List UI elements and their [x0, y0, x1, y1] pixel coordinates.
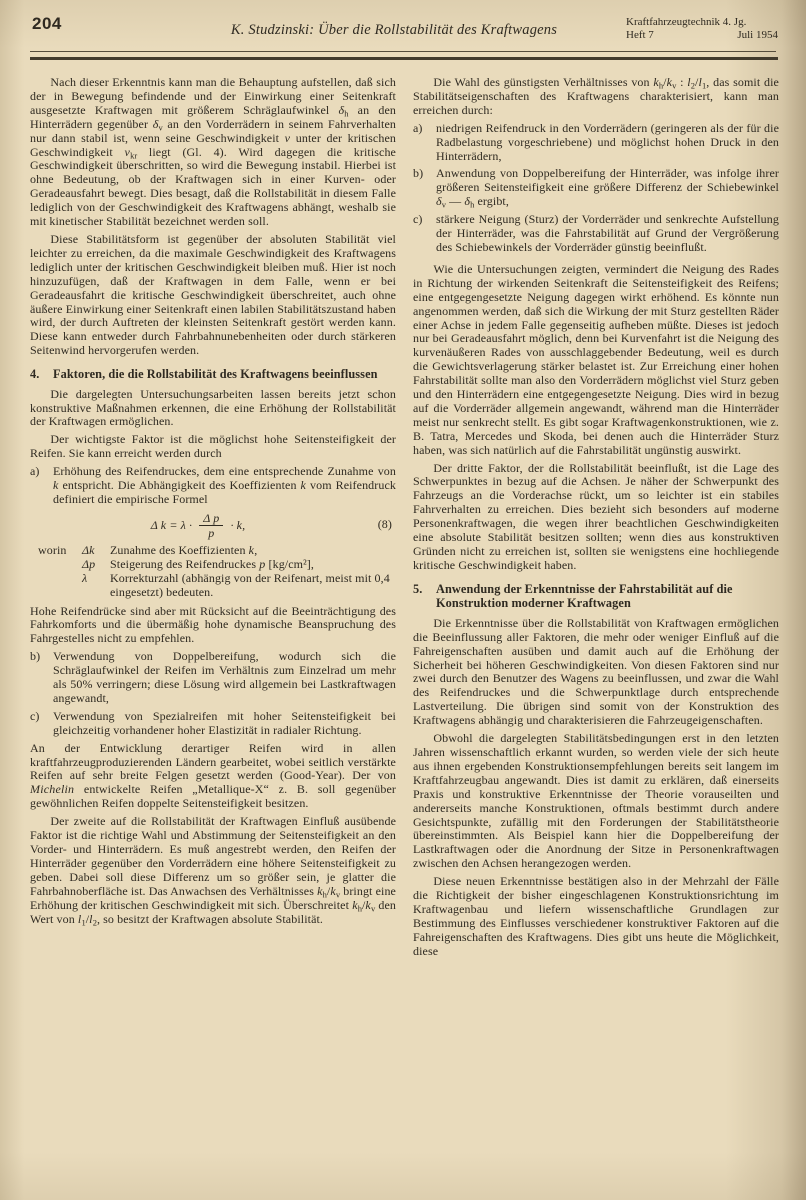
paragraph: Nach dieser Erkenntnis kann man die Beha… — [30, 76, 396, 229]
journal-issue-line: Heft 7 Juli 1954 — [626, 29, 778, 42]
paragraph: Der wichtigste Faktor ist die möglichst … — [30, 433, 396, 461]
section-title: Anwendung der Erkenntnisse der Fahrstabi… — [436, 582, 779, 611]
item-label: a) — [413, 122, 436, 164]
section-number: 4. — [30, 367, 53, 382]
equation-8: Δ k = λ · Δ p p · k, (8) — [30, 512, 396, 539]
equation-rhs: · k, — [230, 518, 245, 532]
definition-text: Steigerung des Reifendruckes p [kg/cm²], — [110, 558, 396, 572]
item-label: b) — [30, 650, 53, 706]
paragraph: Diese Stabilitätsform ist gegenüber der … — [30, 233, 396, 358]
definition-row: Δp Steigerung des Reifendruckes p [kg/cm… — [38, 558, 396, 572]
section-number: 5. — [413, 582, 436, 611]
paragraph: Die Erkenntnisse über die Rollstabilität… — [413, 617, 779, 728]
definition-term: λ — [82, 572, 110, 600]
item-label: b) — [413, 167, 436, 209]
item-text: Anwendung von Doppelbereifung der Hinter… — [436, 167, 779, 209]
issue-date: Juli 1954 — [737, 29, 778, 42]
paragraph: Diese neuen Erkenntnisse bestätigen also… — [413, 875, 779, 958]
definition-row: worin Δk Zunahme des Koeffizienten k, — [38, 544, 396, 558]
journal-info: Kraftfahrzeugtechnik 4. Jg. Heft 7 Juli … — [626, 16, 778, 42]
paragraph: Wie die Untersuchungen zeigten, verminde… — [413, 263, 779, 458]
list-item-a: a) Erhöhung des Reifendruckes, dem eine … — [30, 465, 396, 507]
symbol-definitions: worin Δk Zunahme des Koeffizienten k, Δp… — [38, 544, 396, 600]
item-text: Verwendung von Doppelbereifung, wodurch … — [53, 650, 396, 706]
list-item-a: a) niedrigen Reifendruck in den Vorderrä… — [413, 122, 779, 164]
definition-term: Δp — [82, 558, 110, 572]
item-text: Verwendung von Spezialreifen mit hoher S… — [53, 710, 396, 738]
fraction-numerator: Δ p — [199, 512, 223, 526]
issue-number: Heft 7 — [626, 29, 654, 42]
list-item-b: b) Anwendung von Doppelbereifung der Hin… — [413, 167, 779, 209]
item-label: c) — [30, 710, 53, 738]
paragraph: Die dargelegten Untersuchungsarbeiten la… — [30, 388, 396, 430]
fraction: Δ p p — [199, 512, 223, 539]
section-heading-5: 5. Anwendung der Erkenntnisse der Fahrst… — [413, 582, 779, 611]
paragraph: Der dritte Faktor, der die Rollstabilitä… — [413, 462, 779, 573]
equation-lhs: Δ k = λ · — [151, 518, 192, 532]
left-column: Nach dieser Erkenntnis kann man die Beha… — [30, 76, 396, 963]
item-text: Erhöhung des Reifendruckes, dem eine ent… — [53, 465, 396, 507]
definition-text: Zunahme des Koeffizienten k, — [110, 544, 396, 558]
paragraph: Obwohl die dargelegten Stabilitätsbeding… — [413, 732, 779, 871]
definition-term: Δk — [82, 544, 110, 558]
paragraph: Hohe Reifendrücke sind aber mit Rücksich… — [30, 605, 396, 647]
list-item-b: b) Verwendung von Doppelbereifung, wodur… — [30, 650, 396, 706]
list-item-c: c) Verwendung von Spezialreifen mit hohe… — [30, 710, 396, 738]
section-title: Faktoren, die die Rollstabilität des Kra… — [53, 367, 396, 382]
equation-number: (8) — [378, 518, 392, 532]
paragraph: An der Entwicklung derartiger Reifen wir… — [30, 742, 396, 812]
right-column: Die Wahl des günstigsten Verhältnisses v… — [413, 76, 779, 963]
page-number: 204 — [32, 14, 62, 34]
header-rule-thick — [30, 57, 778, 60]
item-text: stärkere Neigung (Sturz) der Vorderräder… — [436, 213, 779, 255]
definition-row: λ Korrekturzahl (abhängig von der Reifen… — [38, 572, 396, 600]
list-item-c: c) stärkere Neigung (Sturz) der Vorderrä… — [413, 213, 779, 255]
section-heading-4: 4. Faktoren, die die Rollstabilität des … — [30, 367, 396, 382]
header-rule-thin — [30, 51, 776, 52]
running-head: K. Studzinski: Über die Rollstabilität d… — [190, 22, 598, 39]
journal-page: 204 K. Studzinski: Über die Rollstabilit… — [0, 0, 806, 1200]
two-column-body: Nach dieser Erkenntnis kann man die Beha… — [30, 60, 778, 963]
paragraph: Der zweite auf die Rollstabilität der Kr… — [30, 815, 396, 926]
definition-text: Korrekturzahl (abhängig von der Reifenar… — [110, 572, 396, 600]
journal-name: Kraftfahrzeugtechnik 4. Jg. — [626, 16, 778, 29]
definition-lead: worin — [38, 544, 82, 558]
item-text: niedrigen Reifendruck in den Vorderräder… — [436, 122, 779, 164]
item-label: a) — [30, 465, 53, 507]
item-label: c) — [413, 213, 436, 255]
fraction-denominator: p — [199, 526, 223, 539]
paragraph: Die Wahl des günstigsten Verhältnisses v… — [413, 76, 779, 118]
page-header: 204 K. Studzinski: Über die Rollstabilit… — [30, 14, 778, 60]
